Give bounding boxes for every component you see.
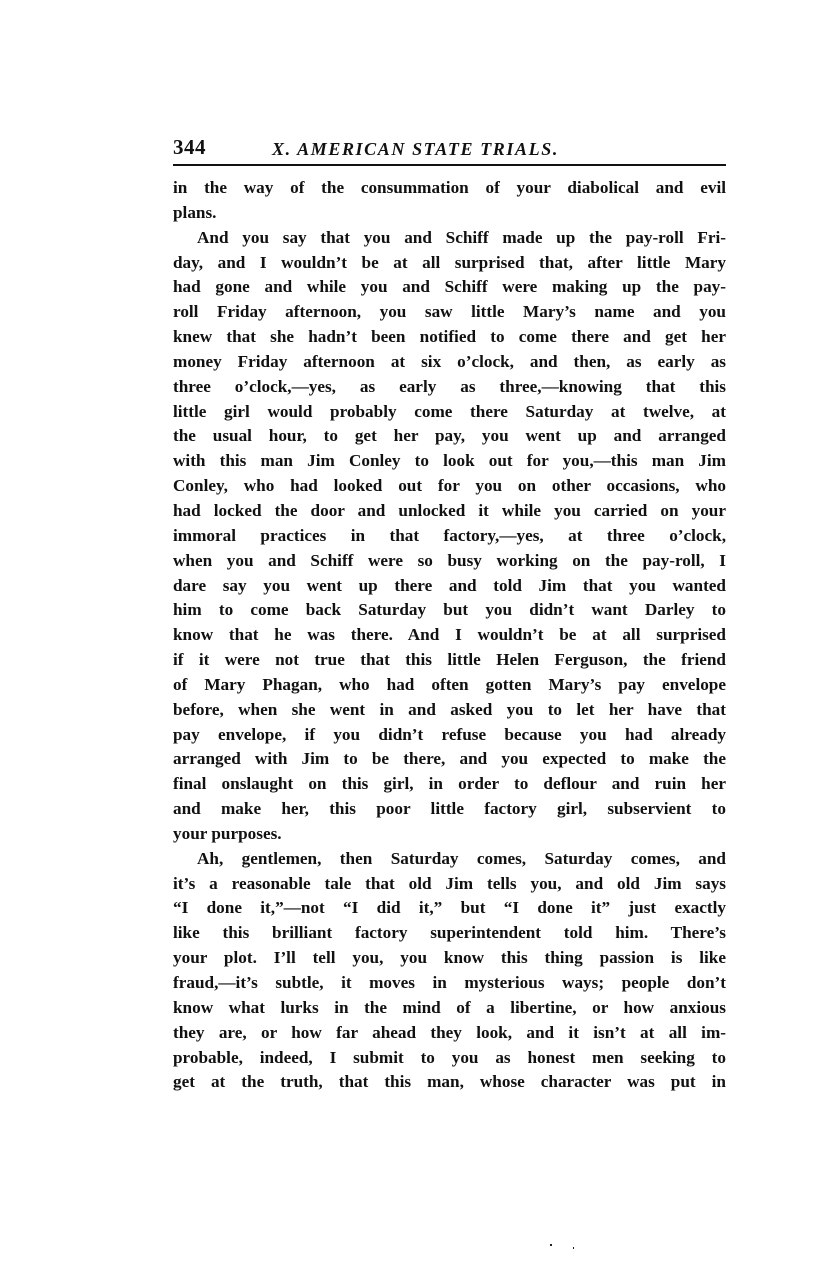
text-line: they are, or how far ahead they look, an… [173, 1021, 726, 1046]
text-line: in the way of the consummation of your d… [173, 176, 726, 201]
text-line: know what lurks in the mind of a liberti… [173, 996, 726, 1021]
text-line: And you say that you and Schiff made up … [173, 226, 726, 251]
text-line: final onslaught on this girl, in order t… [173, 772, 726, 797]
paragraph: in the way of the consummation of your d… [173, 176, 726, 226]
text-line: had locked the door and unlocked it whil… [173, 499, 726, 524]
text-line: money Friday afternoon at six o’clock, a… [173, 350, 726, 375]
text-line: and make her, this poor little factory g… [173, 797, 726, 822]
text-line: plans. [173, 201, 726, 226]
text-line: little girl would probably come there Sa… [173, 400, 726, 425]
text-line: immoral practices in that factory,—yes, … [173, 524, 726, 549]
text-line: him to come back Saturday but you didn’t… [173, 598, 726, 623]
text-line: like this brilliant factory superintende… [173, 921, 726, 946]
text-line: get at the truth, that this man, whose c… [173, 1070, 726, 1095]
text-line: dare say you went up there and told Jim … [173, 574, 726, 599]
text-line: arranged with Jim to be there, and you e… [173, 747, 726, 772]
text-line: day, and I wouldn’t be at all surprised … [173, 251, 726, 276]
running-title: X. AMERICAN STATE TRIALS. [272, 140, 559, 158]
paragraph: And you say that you and Schiff made up … [173, 226, 726, 847]
text-line: probable, indeed, I submit to you as hon… [173, 1046, 726, 1071]
text-line: know that he was there. And I wouldn’t b… [173, 623, 726, 648]
page-number: 344 [173, 137, 206, 158]
text-line: when you and Schiff were so busy working… [173, 549, 726, 574]
text-line: had gone and while you and Schiff were m… [173, 275, 726, 300]
text-line: knew that she hadn’t been notified to co… [173, 325, 726, 350]
text-line: the usual hour, to get her pay, you went… [173, 424, 726, 449]
paragraph: Ah, gentlemen, then Saturday comes, Satu… [173, 847, 726, 1095]
text-line: of Mary Phagan, who had often gotten Mar… [173, 673, 726, 698]
text-line: with this man Jim Conley to look out for… [173, 449, 726, 474]
text-line: before, when she went in and asked you t… [173, 698, 726, 723]
text-line: if it were not true that this little Hel… [173, 648, 726, 673]
text-line: Conley, who had looked out for you on ot… [173, 474, 726, 499]
text-line: it’s a reasonable tale that old Jim tell… [173, 872, 726, 897]
text-line: roll Friday afternoon, you saw little Ma… [173, 300, 726, 325]
running-head: 344 X. AMERICAN STATE TRIALS. [173, 128, 726, 158]
header-rule [173, 164, 726, 166]
body-text: in the way of the consummation of your d… [173, 176, 726, 1095]
text-line: pay envelope, if you didn’t refuse becau… [173, 723, 726, 748]
text-line: Ah, gentlemen, then Saturday comes, Satu… [173, 847, 726, 872]
text-line: “I done it,”—not “I did it,” but “I done… [173, 896, 726, 921]
book-page: 344 X. AMERICAN STATE TRIALS. in the way… [173, 128, 726, 1095]
text-line: your purposes. [173, 822, 726, 847]
text-line: three o’clock,—yes, as early as three,—k… [173, 375, 726, 400]
text-line: your plot. I’ll tell you, you know this … [173, 946, 726, 971]
text-line: fraud,—it’s subtle, it moves in mysterio… [173, 971, 726, 996]
